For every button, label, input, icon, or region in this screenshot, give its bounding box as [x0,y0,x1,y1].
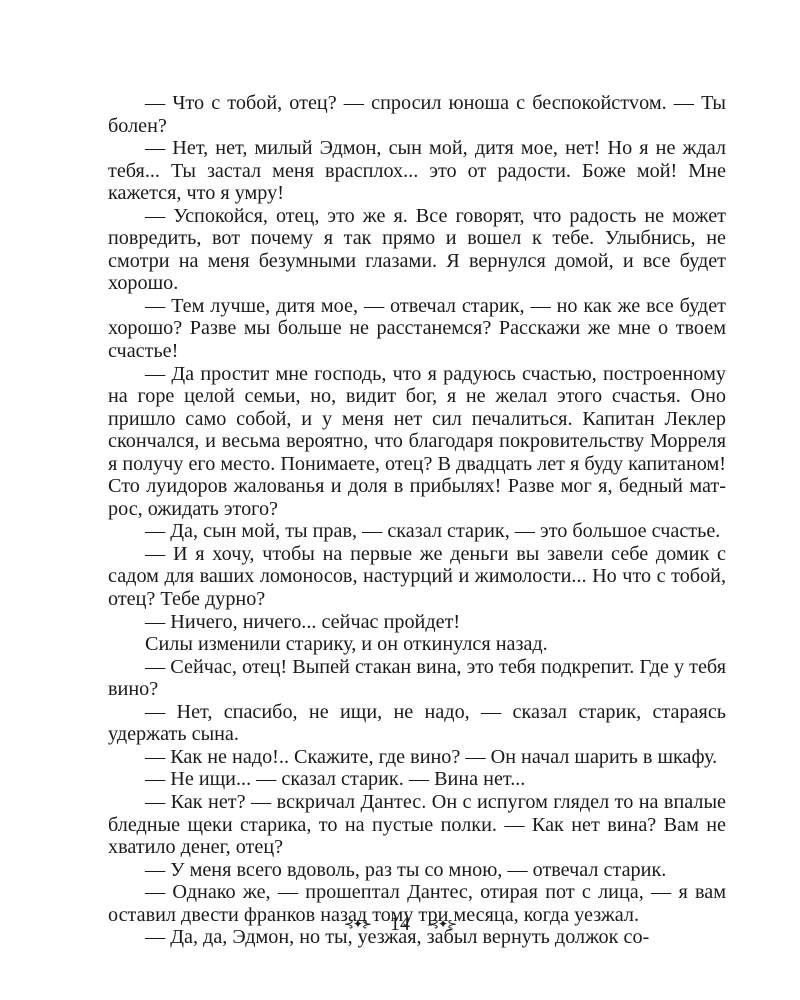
page-body: — Что с тобой, отец? — спросил юноша с б… [108,92,726,949]
paragraph-2: — Нет, нет, милый Эдмон, сын мой, дитя м… [108,137,726,205]
ornament-left-icon: ⊰✦⊱ [344,917,371,932]
paragraph-11: — Нет, спасибо, не ищи, не надо, — сказа… [108,701,726,746]
paragraph-15: — У меня всего вдоволь, раз ты со мною, … [108,859,726,882]
paragraph-12: — Как не надо!.. Скажите, где вино? — Он… [108,746,726,769]
paragraph-13: — Не ищи... — сказал старик. — Вина нет.… [108,768,726,791]
ornament-right-icon: ⊰✦⊱ [429,917,456,932]
paragraph-1: — Что с тобой, отец? — спросил юноша с б… [108,92,726,137]
paragraph-10: — Сейчас, отец! Выпей стакан вина, это т… [108,656,726,701]
paragraph-9: Силы изменили старику, и он откинулся на… [108,633,726,656]
paragraph-4: — Тем лучше, дитя мое, — отвечал старик,… [108,295,726,363]
paragraph-7: — И я хочу, чтобы на первые же деньги вы… [108,543,726,611]
paragraph-14: — Как нет? — вскричал Дантес. Он с испуг… [108,791,726,859]
paragraph-6: — Да, сын мой, ты прав, — сказал старик,… [108,520,726,543]
paragraph-3: — Успокойся, отец, это же я. Все говорят… [108,205,726,295]
paragraph-5: — Да простит мне господь, что я радуюсь … [108,363,726,521]
page-number: 14 [390,913,410,936]
page-footer: ⊰✦⊱ 14 ⊰✦⊱ [0,912,800,936]
paragraph-8: — Ничего, ничего... сейчас пройдет! [108,611,726,634]
